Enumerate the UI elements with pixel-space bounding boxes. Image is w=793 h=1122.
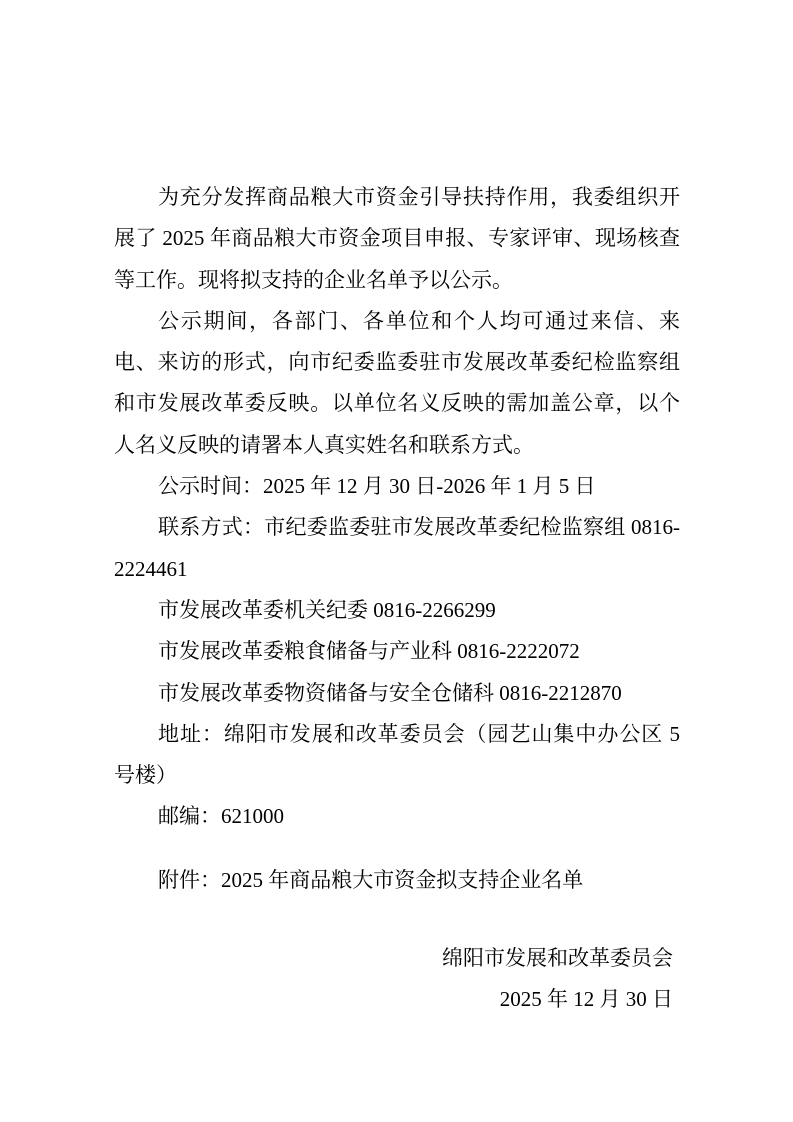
address-line: 地址：绵阳市发展和改革委员会（园艺山集中办公区 5 号楼） bbox=[114, 714, 680, 797]
contact-inspection-group-line: 联系方式：市纪委监委驻市发展改革委纪检监察组 0816-2224461 bbox=[114, 507, 680, 590]
signature-block: 绵阳市发展和改革委员会 2025 年 12 月 30 日 bbox=[114, 938, 680, 1021]
publicity-period-line: 公示时间：2025 年 12 月 30 日-2026 年 1 月 5 日 bbox=[114, 466, 680, 507]
feedback-channels-paragraph: 公示期间，各部门、各单位和个人均可通过来信、来电、来访的形式，向市纪委监委驻市发… bbox=[114, 301, 680, 466]
issuer-name: 绵阳市发展和改革委员会 bbox=[114, 938, 673, 979]
document-page: 为充分发挥商品粮大市资金引导扶持作用，我委组织开展了 2025 年商品粮大市资金… bbox=[0, 0, 793, 1122]
contact-agency-discipline-line: 市发展改革委机关纪委 0816-2266299 bbox=[114, 590, 680, 631]
postcode-line: 邮编：621000 bbox=[114, 796, 680, 837]
contact-material-reserve-division-line: 市发展改革委物资储备与安全仓储科 0816-2212870 bbox=[114, 673, 680, 714]
document-body: 为充分发挥商品粮大市资金引导扶持作用，我委组织开展了 2025 年商品粮大市资金… bbox=[114, 177, 680, 1021]
attachment-line: 附件：2025 年商品粮大市资金拟支持企业名单 bbox=[114, 860, 680, 901]
issue-date: 2025 年 12 月 30 日 bbox=[114, 979, 673, 1020]
intro-paragraph: 为充分发挥商品粮大市资金引导扶持作用，我委组织开展了 2025 年商品粮大市资金… bbox=[114, 177, 680, 301]
contact-grain-reserve-division-line: 市发展改革委粮食储备与产业科 0816-2222072 bbox=[114, 631, 680, 672]
